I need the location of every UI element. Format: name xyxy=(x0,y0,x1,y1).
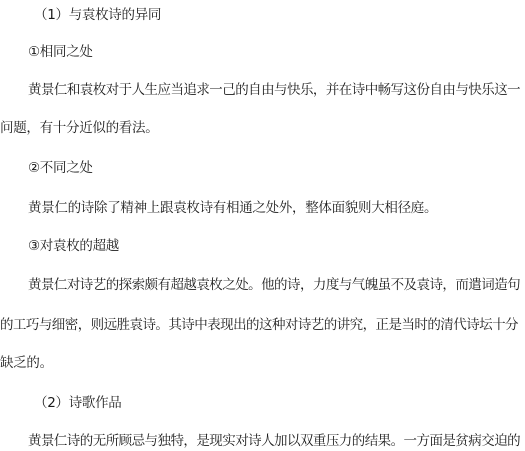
subheading-similarities: ①相同之处 xyxy=(28,42,93,62)
paragraph-line: 黄景仁对诗艺的探索颇有超越袁枚之处。他的诗，力度与气魄虽不及袁诗，而遣词造句 xyxy=(28,275,520,295)
section-heading-2: （2）诗歌作品 xyxy=(34,393,122,413)
subheading-surpassing: ③对袁枚的超越 xyxy=(28,236,119,256)
paragraph-line: 的工巧与细密，则远胜袁诗。其诗中表现出的这种对诗艺的讲究，正是当时的清代诗坛十分 xyxy=(0,315,518,335)
paragraph-line: 缺乏的。 xyxy=(0,353,53,373)
paragraph-line: 黄景仁诗的无所顾忌与独特，是现实对诗人加以双重压力的结果。一方面是贫病交迫的 xyxy=(28,431,520,451)
paragraph-line: 问题，有十分近似的看法。 xyxy=(0,118,158,138)
subheading-differences: ②不同之处 xyxy=(28,158,93,178)
paragraph-line: 黄景仁的诗除了精神上跟袁枚诗有相通之处外，整体面貌则大相径庭。 xyxy=(28,198,437,218)
paragraph-line: 黄景仁和袁枚对于人生应当追求一己的自由与快乐，并在诗中畅写这份自由与快乐这一 xyxy=(28,80,520,100)
section-heading-1: （1）与袁枚诗的异同 xyxy=(34,5,161,25)
